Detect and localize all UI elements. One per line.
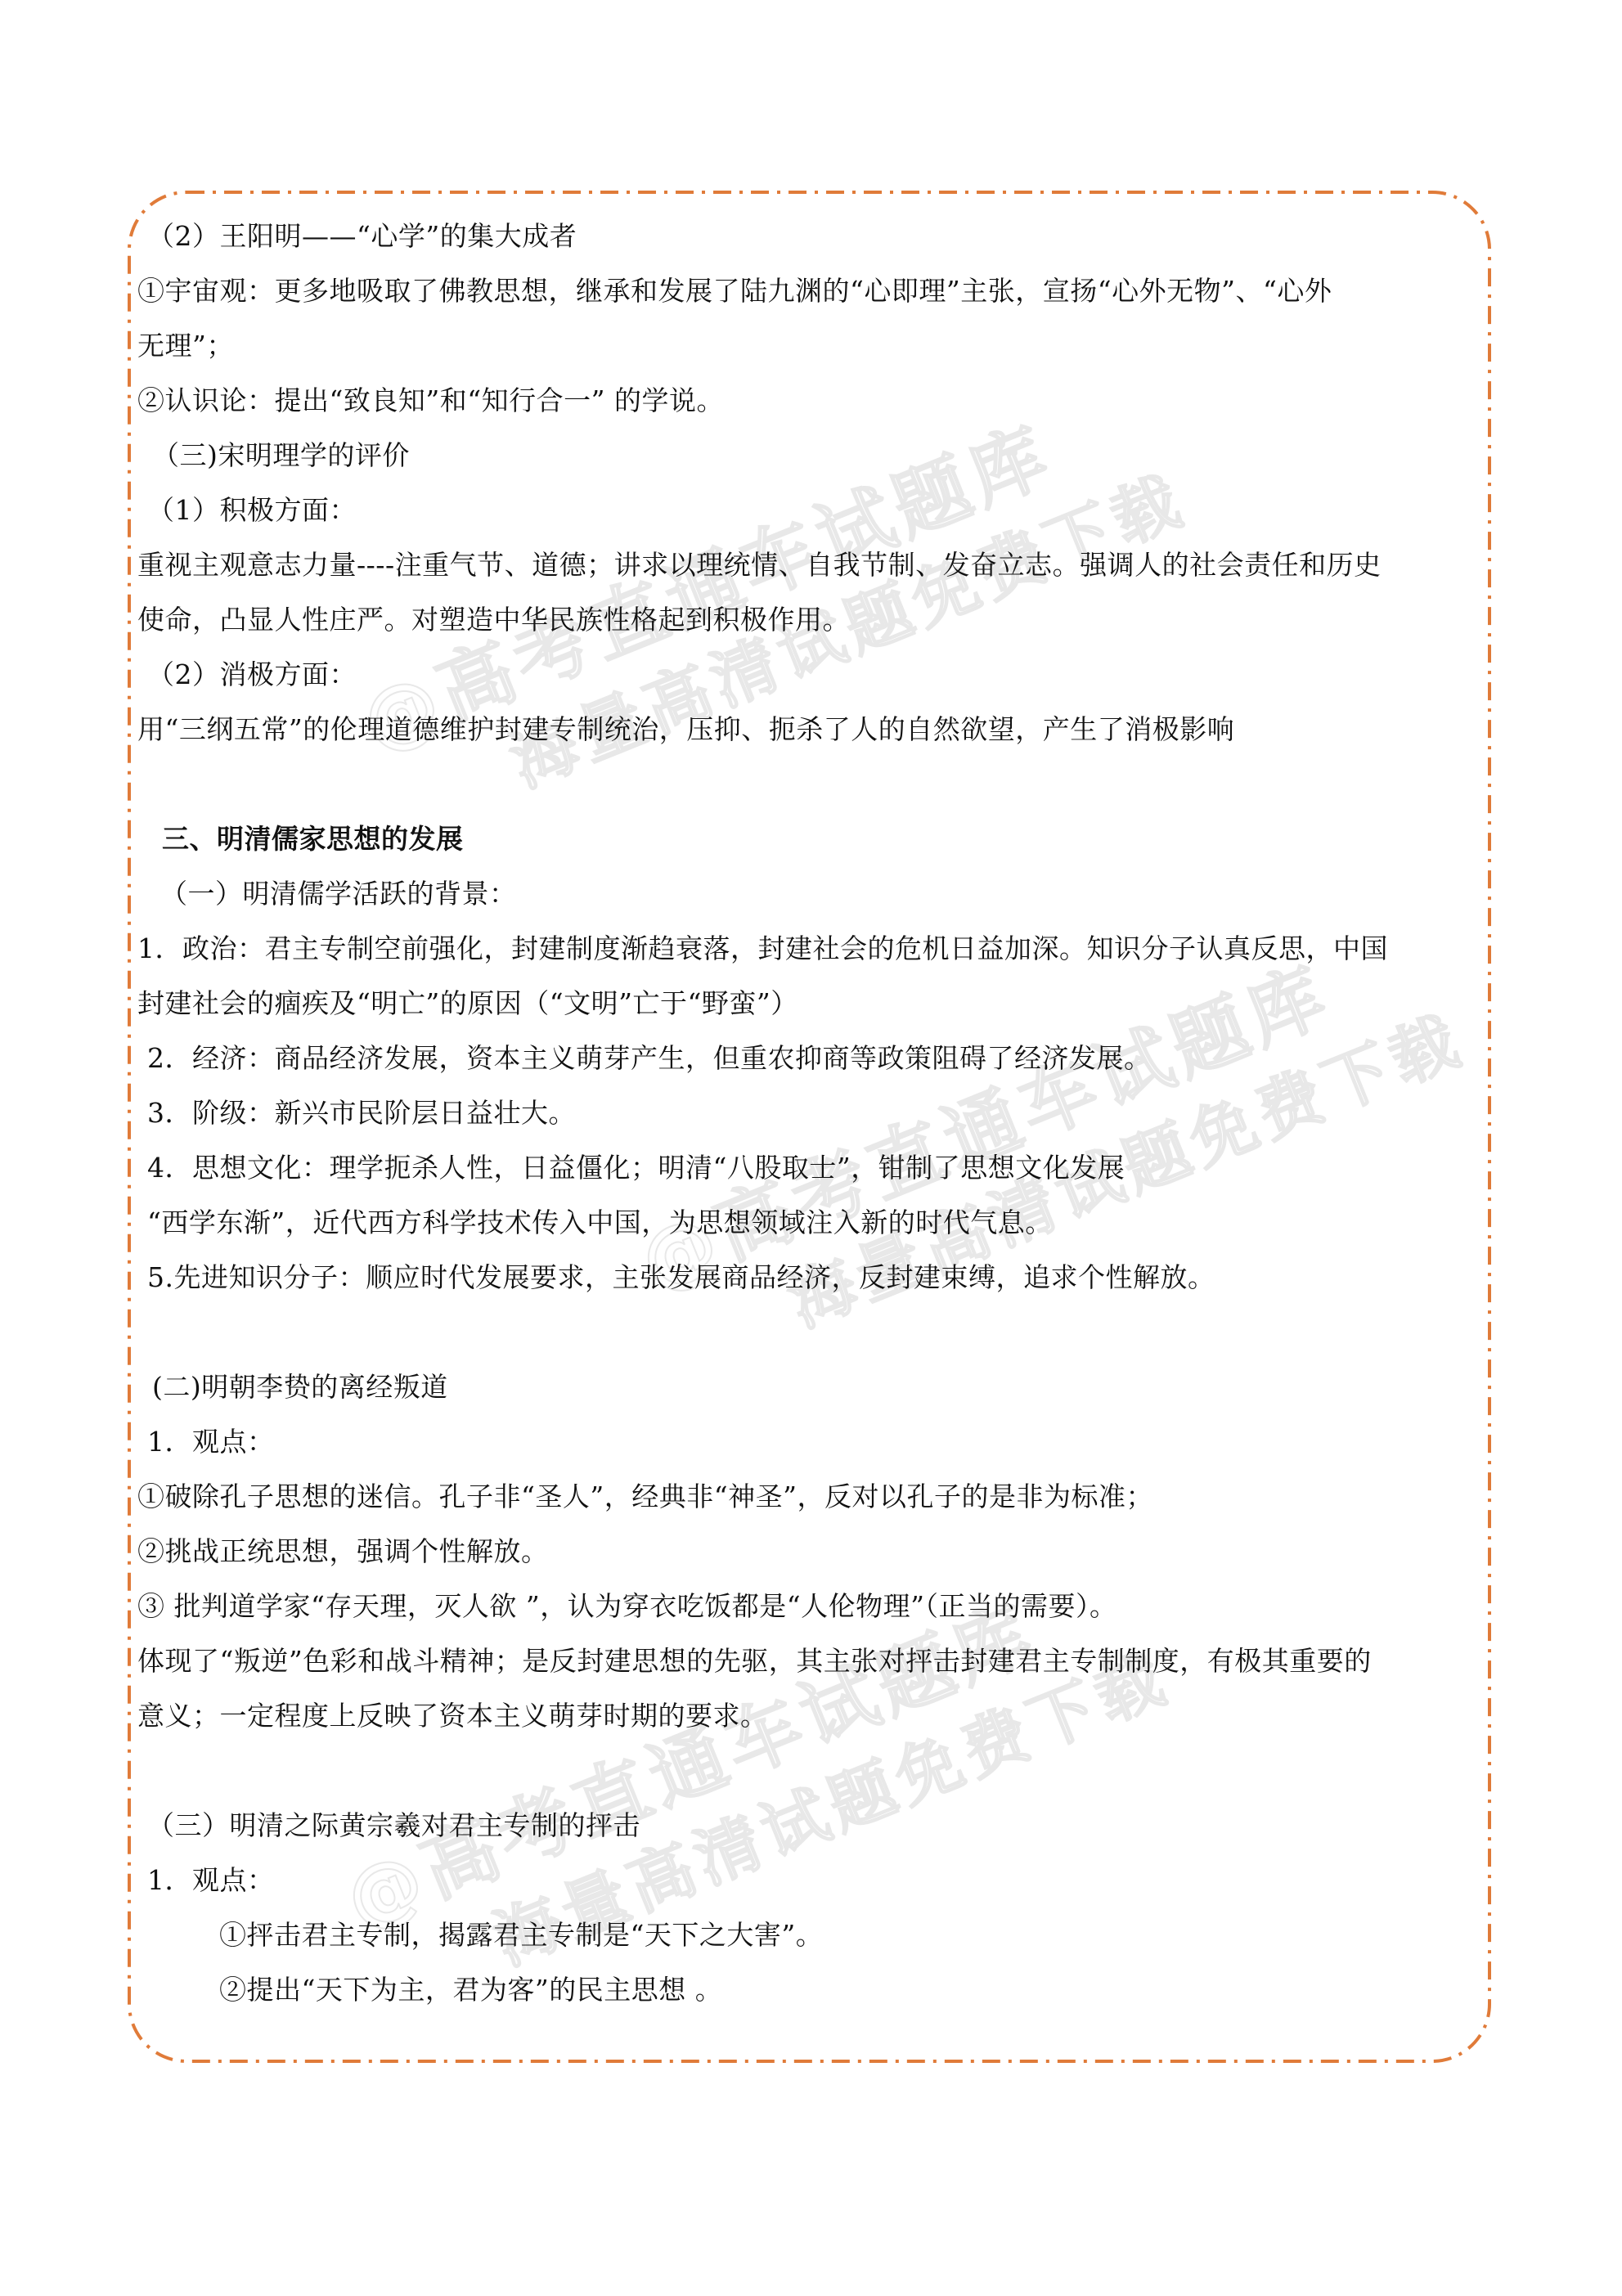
- paragraph-negative: 用“三纲五常”的伦理道德维护封建专制统治，压抑、扼杀了人的自然欲望，产生了消极影…: [137, 702, 1467, 757]
- paragraph-politics: 1．政治：君主专制空前强化，封建制度渐趋衰落，封建社会的危机日益加深。知识分子认…: [137, 921, 1467, 976]
- subheading-negative: （2）消极方面：: [137, 647, 1467, 702]
- spacer: [137, 1305, 1467, 1359]
- section-heading-3: 三、明清儒家思想的发展: [137, 811, 1467, 866]
- paragraph-li-zhi-significance-cont: 意义；一定程度上反映了资本主义萌芽时期的要求。: [137, 1688, 1467, 1743]
- subheading-wang-yangming: （2）王阳明——“心学”的集大成者: [137, 209, 1467, 263]
- paragraph-cosmology-cont: 无理”；: [137, 318, 1467, 373]
- document-content: （2）王阳明——“心学”的集大成者 ①宇宙观：更多地吸取了佛教思想，继承和发展了…: [137, 209, 1467, 2017]
- paragraph-cosmology: ①宇宙观：更多地吸取了佛教思想，继承和发展了陆九渊的“心即理”主张，宣扬“心外无…: [137, 263, 1467, 318]
- label-viewpoints: 1．观点：: [137, 1853, 1467, 1907]
- paragraph-class: 3．阶级：新兴市民阶层日益壮大。: [137, 1085, 1467, 1140]
- label-viewpoints: 1．观点：: [137, 1414, 1467, 1469]
- paragraph-li-zhi-3: ③ 批判道学家“存天理，灭人欲 ”，认为穿衣吃饭都是“人伦物理”（正当的需要）。: [137, 1579, 1467, 1633]
- spacer: [137, 1743, 1467, 1798]
- paragraph-western-learning: “西学东渐”，近代西方科学技术传入中国，为思想领域注入新的时代气息。: [137, 1195, 1467, 1250]
- subheading-huang-zongxi: （三）明清之际黄宗羲对君主专制的抨击: [137, 1798, 1467, 1853]
- spacer: [137, 757, 1467, 811]
- subheading-li-zhi: (二)明朝李贽的离经叛道: [137, 1359, 1467, 1414]
- paragraph-culture: 4．思想文化：理学扼杀人性，日益僵化；明清“八股取士”，钳制了思想文化发展: [137, 1140, 1467, 1195]
- paragraph-intellectuals: 5.先进知识分子：顺应时代发展要求，主张发展商品经济，反封建束缚，追求个性解放。: [137, 1250, 1467, 1305]
- paragraph-li-zhi-1: ①破除孔子思想的迷信。孔子非“圣人”，经典非“神圣”，反对以孔子的是非为标准；: [137, 1469, 1467, 1524]
- subheading-background: （一）明清儒学活跃的背景：: [137, 866, 1467, 921]
- paragraph-positive: 重视主观意志力量----注重气节、道德；讲求以理统情、自我节制、发奋立志。强调人…: [137, 537, 1467, 592]
- paragraph-huang-2: ②提出“天下为主，君为客”的民主思想 。: [137, 1962, 1467, 2017]
- paragraph-huang-1: ①抨击君主专制，揭露君主专制是“天下之大害”。: [137, 1907, 1467, 1962]
- paragraph-politics-cont: 封建社会的痼疾及“明亡”的原因（“文明”亡于“野蛮”）: [137, 976, 1467, 1031]
- paragraph-li-zhi-significance: 体现了“叛逆”色彩和战斗精神；是反封建思想的先驱，其主张对抨击封建君主专制制度，…: [137, 1633, 1467, 1688]
- document-page: @高考直通车试题库 海量高清试题免费下载 @高考直通车试题库 海量高清试题免费下…: [0, 0, 1622, 2296]
- subheading-evaluation: （三)宋明理学的评价: [137, 428, 1467, 483]
- paragraph-economy: 2．经济：商品经济发展，资本主义萌芽产生，但重农抑商等政策阻碍了经济发展。: [137, 1031, 1467, 1085]
- paragraph-epistemology: ②认识论：提出“致良知”和“知行合一” 的学说。: [137, 373, 1467, 428]
- paragraph-positive-cont: 使命，凸显人性庄严。对塑造中华民族性格起到积极作用。: [137, 592, 1467, 647]
- subheading-positive: （1）积极方面：: [137, 483, 1467, 537]
- paragraph-li-zhi-2: ②挑战正统思想，强调个性解放。: [137, 1524, 1467, 1579]
